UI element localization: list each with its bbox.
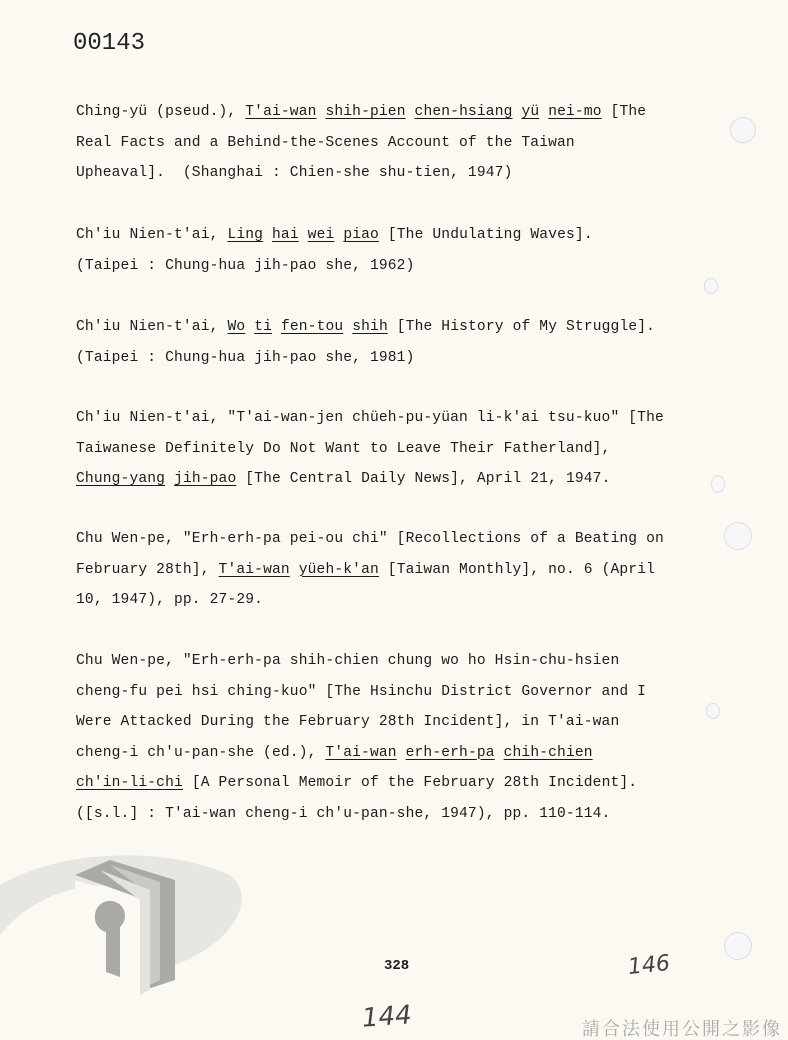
entry-text bbox=[406, 104, 415, 120]
entry-text: [Taiwan Monthly], no. 6 (April bbox=[379, 562, 655, 578]
entry-line: ch'in-li-chi [A Personal Memoir of the F… bbox=[76, 768, 736, 799]
underlined-title-word: chih-chien bbox=[504, 745, 593, 761]
entry-text: [The Undulating Waves]. bbox=[379, 227, 593, 243]
bibliography-entry: Ch'iu Nien-t'ai, Ling hai wei piao [The … bbox=[76, 220, 736, 281]
entry-line: Ch'iu Nien-t'ai, "T'ai-wan-jen chüeh-pu-… bbox=[76, 403, 736, 434]
underlined-title-word: Wo bbox=[227, 319, 245, 335]
document-number: 00143 bbox=[73, 30, 145, 57]
entry-text: Real Facts and a Behind-the-Scenes Accou… bbox=[76, 135, 575, 151]
entry-line: Ching-yü (pseud.), T'ai-wan shih-pien ch… bbox=[76, 97, 736, 128]
underlined-title-word: ch'in-li-chi bbox=[76, 775, 183, 791]
entry-text bbox=[539, 104, 548, 120]
entry-line: Were Attacked During the February 28th I… bbox=[76, 707, 736, 738]
underlined-title-word: chen-hsiang bbox=[415, 104, 513, 120]
entry-text: (Taipei : Chung-hua jih-pao she, 1962) bbox=[76, 258, 415, 274]
archive-logo-icon bbox=[0, 840, 250, 1040]
entry-text: Ching-yü (pseud.), bbox=[76, 104, 245, 120]
underlined-title-word: yüeh-k'an bbox=[299, 562, 379, 578]
entry-text: 10, 1947), pp. 27-29. bbox=[76, 592, 263, 608]
entry-text bbox=[245, 319, 254, 335]
entry-text bbox=[272, 319, 281, 335]
entry-line: Ch'iu Nien-t'ai, Wo ti fen-tou shih [The… bbox=[76, 312, 736, 343]
entry-text: February 28th], bbox=[76, 562, 219, 578]
entry-text: [A Personal Memoir of the February 28th … bbox=[183, 775, 637, 791]
entry-text: ([s.l.] : T'ai-wan cheng-i ch'u-pan-she,… bbox=[76, 806, 610, 822]
underlined-title-word: T'ai-wan bbox=[245, 104, 316, 120]
punch-hole bbox=[711, 475, 725, 493]
handwritten-number: 146 bbox=[627, 951, 671, 980]
underlined-title-word: wei bbox=[308, 227, 335, 243]
entry-text bbox=[495, 745, 504, 761]
entry-line: Chu Wen-pe, "Erh-erh-pa shih-chien chung… bbox=[76, 646, 736, 677]
entry-text bbox=[290, 562, 299, 578]
bibliography-entry: Chu Wen-pe, "Erh-erh-pa pei-ou chi" [Rec… bbox=[76, 524, 736, 616]
entry-text bbox=[343, 319, 352, 335]
entry-text: Ch'iu Nien-t'ai, bbox=[76, 319, 227, 335]
underlined-title-word: T'ai-wan bbox=[219, 562, 290, 578]
page-number: 328 bbox=[384, 958, 409, 974]
entry-text: Upheaval]. (Shanghai : Chien-she shu-tie… bbox=[76, 165, 512, 181]
entry-text: Chu Wen-pe, "Erh-erh-pa shih-chien chung… bbox=[76, 653, 619, 669]
underlined-title-word: hai bbox=[272, 227, 299, 243]
underlined-title-word: jih-pao bbox=[174, 471, 236, 487]
punch-hole bbox=[730, 117, 756, 143]
underlined-title-word: T'ai-wan bbox=[325, 745, 396, 761]
bibliography-entry: Chu Wen-pe, "Erh-erh-pa shih-chien chung… bbox=[76, 646, 736, 829]
entry-text bbox=[299, 227, 308, 243]
entry-line: Chu Wen-pe, "Erh-erh-pa pei-ou chi" [Rec… bbox=[76, 524, 736, 555]
underlined-title-word: Ling bbox=[227, 227, 263, 243]
entry-text: cheng-i ch'u-pan-she (ed.), bbox=[76, 745, 325, 761]
underlined-title-word: shih bbox=[352, 319, 388, 335]
entry-text: [The History of My Struggle]. bbox=[388, 319, 655, 335]
underlined-title-word: nei-mo bbox=[548, 104, 601, 120]
entry-text bbox=[263, 227, 272, 243]
entry-text: (Taipei : Chung-hua jih-pao she, 1981) bbox=[76, 350, 415, 366]
entry-text: Taiwanese Definitely Do Not Want to Leav… bbox=[76, 441, 610, 457]
entry-line: Real Facts and a Behind-the-Scenes Accou… bbox=[76, 128, 736, 159]
entry-line: (Taipei : Chung-hua jih-pao she, 1962) bbox=[76, 251, 736, 282]
entry-line: Ch'iu Nien-t'ai, Ling hai wei piao [The … bbox=[76, 220, 736, 251]
underlined-title-word: ti bbox=[254, 319, 272, 335]
entry-text: Were Attacked During the February 28th I… bbox=[76, 714, 619, 730]
entry-text: Ch'iu Nien-t'ai, bbox=[76, 227, 227, 243]
entry-line: Taiwanese Definitely Do Not Want to Leav… bbox=[76, 434, 736, 465]
entry-line: 10, 1947), pp. 27-29. bbox=[76, 585, 736, 616]
entry-line: Upheaval]. (Shanghai : Chien-she shu-tie… bbox=[76, 158, 736, 189]
bibliography-entry: Ching-yü (pseud.), T'ai-wan shih-pien ch… bbox=[76, 97, 736, 189]
entry-line: (Taipei : Chung-hua jih-pao she, 1981) bbox=[76, 343, 736, 374]
underlined-title-word: fen-tou bbox=[281, 319, 343, 335]
punch-hole bbox=[724, 932, 752, 960]
bibliography-entry: Ch'iu Nien-t'ai, "T'ai-wan-jen chüeh-pu-… bbox=[76, 403, 736, 495]
entry-line: ([s.l.] : T'ai-wan cheng-i ch'u-pan-she,… bbox=[76, 799, 736, 830]
punch-hole bbox=[704, 278, 718, 294]
handwritten-number: 144 bbox=[361, 1000, 413, 1033]
watermark-text: 請合法使用公開之影像 bbox=[582, 1015, 782, 1040]
entry-line: cheng-i ch'u-pan-she (ed.), T'ai-wan erh… bbox=[76, 738, 736, 769]
underlined-title-word: yü bbox=[521, 104, 539, 120]
entry-text bbox=[397, 745, 406, 761]
entry-text bbox=[334, 227, 343, 243]
entry-text: cheng-fu pei hsi ching-kuo" [The Hsinchu… bbox=[76, 684, 646, 700]
entry-text: [The bbox=[602, 104, 647, 120]
entry-line: cheng-fu pei hsi ching-kuo" [The Hsinchu… bbox=[76, 677, 736, 708]
bibliography-entry: Ch'iu Nien-t'ai, Wo ti fen-tou shih [The… bbox=[76, 312, 736, 373]
entry-line: Chung-yang jih-pao [The Central Daily Ne… bbox=[76, 464, 736, 495]
entry-text: Chu Wen-pe, "Erh-erh-pa pei-ou chi" [Rec… bbox=[76, 531, 664, 547]
underlined-title-word: erh-erh-pa bbox=[406, 745, 495, 761]
underlined-title-word: Chung-yang bbox=[76, 471, 165, 487]
entry-text bbox=[165, 471, 174, 487]
punch-hole bbox=[706, 703, 720, 719]
entry-line: February 28th], T'ai-wan yüeh-k'an [Taiw… bbox=[76, 555, 736, 586]
underlined-title-word: piao bbox=[343, 227, 379, 243]
underlined-title-word: shih-pien bbox=[325, 104, 405, 120]
punch-hole bbox=[724, 522, 752, 550]
entry-text: Ch'iu Nien-t'ai, "T'ai-wan-jen chüeh-pu-… bbox=[76, 410, 664, 426]
entry-text: [The Central Daily News], April 21, 1947… bbox=[236, 471, 610, 487]
